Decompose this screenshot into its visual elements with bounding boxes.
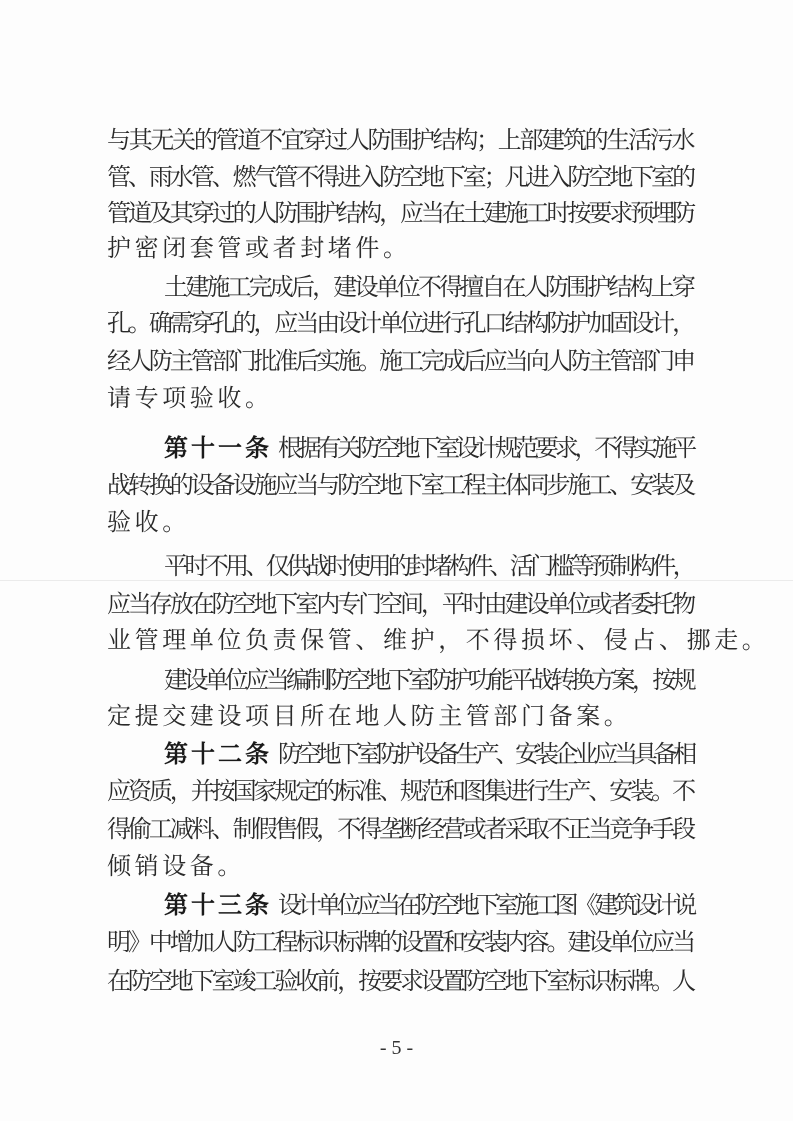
article-heading: 第十三条 <box>164 890 272 919</box>
paragraph-line: 验收。 <box>107 507 693 537</box>
line-text: 与其无关的管道不宜穿过人防围护结构；上部建筑的生活污水 <box>107 126 693 154</box>
paragraph-line: 应当存放在防空地下室内专门空间，平时由建设单位或者委托物 <box>107 589 693 619</box>
line-text: 应资质，并按国家规定的标准、规范和图集进行生产、安装。不 <box>107 777 693 805</box>
article-heading: 第十二条 <box>164 739 272 768</box>
line-text: 护密闭套管或者封堵件。 <box>107 234 411 262</box>
article-paragraph-line: 第十一条根据有关防空地下室设计规范要求，不得实施平 <box>107 433 693 463</box>
paragraph-line: 倾销设备。 <box>107 851 693 881</box>
paragraph-line: 孔。确需穿孔的，应当由设计单位进行孔口结构防护加固设计， <box>107 308 693 338</box>
paragraph-line: 定提交建设项目所在地人防主管部门备案。 <box>107 701 693 731</box>
line-text: 经人防主管部门批准后实施。施工完成后应当向人防主管部门申 <box>107 347 693 375</box>
line-text: 验收。 <box>107 508 190 536</box>
line-text: 得偷工减料、制假售假，不得垄断经营或者采取不正当竞争手段 <box>107 815 693 843</box>
line-text: 建设单位应当编制防空地下室防护功能平战转换方案，按规 <box>164 666 693 694</box>
paragraph-line: 管道及其穿过的人防围护结构，应当在土建施工时按要求预埋防 <box>107 198 693 228</box>
paragraph-line: 管、雨水管、燃气管不得进入防空地下室；凡进入防空地下室的 <box>107 162 693 192</box>
line-text: 请专项验收。 <box>107 384 273 412</box>
page-number: - 5 - <box>0 1037 793 1060</box>
article-paragraph-line: 第十三条设计单位应当在防空地下室施工图《建筑设计说 <box>107 890 693 920</box>
line-text: 在防空地下室竣工验收前，按要求设置防空地下室标识标牌。人 <box>107 967 693 995</box>
paragraph-line: 得偷工减料、制假售假，不得垄断经营或者采取不正当竞争手段 <box>107 814 693 844</box>
paragraph-line: 业管理单位负责保管、维护，不得损坏、侵占、挪走。 <box>107 625 693 655</box>
paragraph-line: 与其无关的管道不宜穿过人防围护结构；上部建筑的生活污水 <box>107 125 693 155</box>
line-text: 战转换的设备设施应当与防空地下室工程主体同步施工、安装及 <box>107 471 693 499</box>
paragraph-line: 建设单位应当编制防空地下室防护功能平战转换方案，按规 <box>107 665 693 695</box>
line-text: 应当存放在防空地下室内专门空间，平时由建设单位或者委托物 <box>107 590 693 618</box>
line-text: 业管理单位负责保管、维护，不得损坏、侵占、挪走。 <box>107 626 769 654</box>
line-text: 孔。确需穿孔的，应当由设计单位进行孔口结构防护加固设计， <box>107 309 693 337</box>
paragraph-line: 请专项验收。 <box>107 383 693 413</box>
line-text: 根据有关防空地下室设计规范要求，不得实施平 <box>278 434 693 462</box>
paragraph-line: 战转换的设备设施应当与防空地下室工程主体同步施工、安装及 <box>107 470 693 500</box>
line-text: 平时不用、仅供战时使用的封堵构件、活门槛等预制构件， <box>164 552 693 580</box>
paragraph-line: 应资质，并按国家规定的标准、规范和图集进行生产、安装。不 <box>107 776 693 806</box>
paragraph-line: 明》中增加人防工程标识标牌的设置和安装内容。建设单位应当 <box>107 927 693 957</box>
line-text: 防空地下室防护设备生产、安装企业应当具备相 <box>278 740 693 768</box>
line-text: 设计单位应当在防空地下室施工图《建筑设计说 <box>278 891 693 919</box>
line-text: 明》中增加人防工程标识标牌的设置和安装内容。建设单位应当 <box>107 928 693 956</box>
article-heading: 第十一条 <box>164 433 272 462</box>
paragraph-line: 护密闭套管或者封堵件。 <box>107 233 693 263</box>
line-text: 管道及其穿过的人防围护结构，应当在土建施工时按要求预埋防 <box>107 199 693 227</box>
line-text: 定提交建设项目所在地人防主管部门备案。 <box>107 702 631 730</box>
line-text: 土建施工完成后，建设单位不得擅自在人防围护结构上穿 <box>164 273 693 301</box>
paragraph-line: 土建施工完成后，建设单位不得擅自在人防围护结构上穿 <box>107 272 693 302</box>
line-text: 倾销设备。 <box>107 852 245 880</box>
paragraph-line: 经人防主管部门批准后实施。施工完成后应当向人防主管部门申 <box>107 346 693 376</box>
paragraph-line: 平时不用、仅供战时使用的封堵构件、活门槛等预制构件， <box>107 551 693 581</box>
paragraph-line: 在防空地下室竣工验收前，按要求设置防空地下室标识标牌。人 <box>107 966 693 996</box>
article-paragraph-line: 第十二条防空地下室防护设备生产、安装企业应当具备相 <box>107 739 693 769</box>
line-text: 管、雨水管、燃气管不得进入防空地下室；凡进入防空地下室的 <box>107 163 693 191</box>
document-page: 与其无关的管道不宜穿过人防围护结构；上部建筑的生活污水管、雨水管、燃气管不得进入… <box>0 0 793 1121</box>
